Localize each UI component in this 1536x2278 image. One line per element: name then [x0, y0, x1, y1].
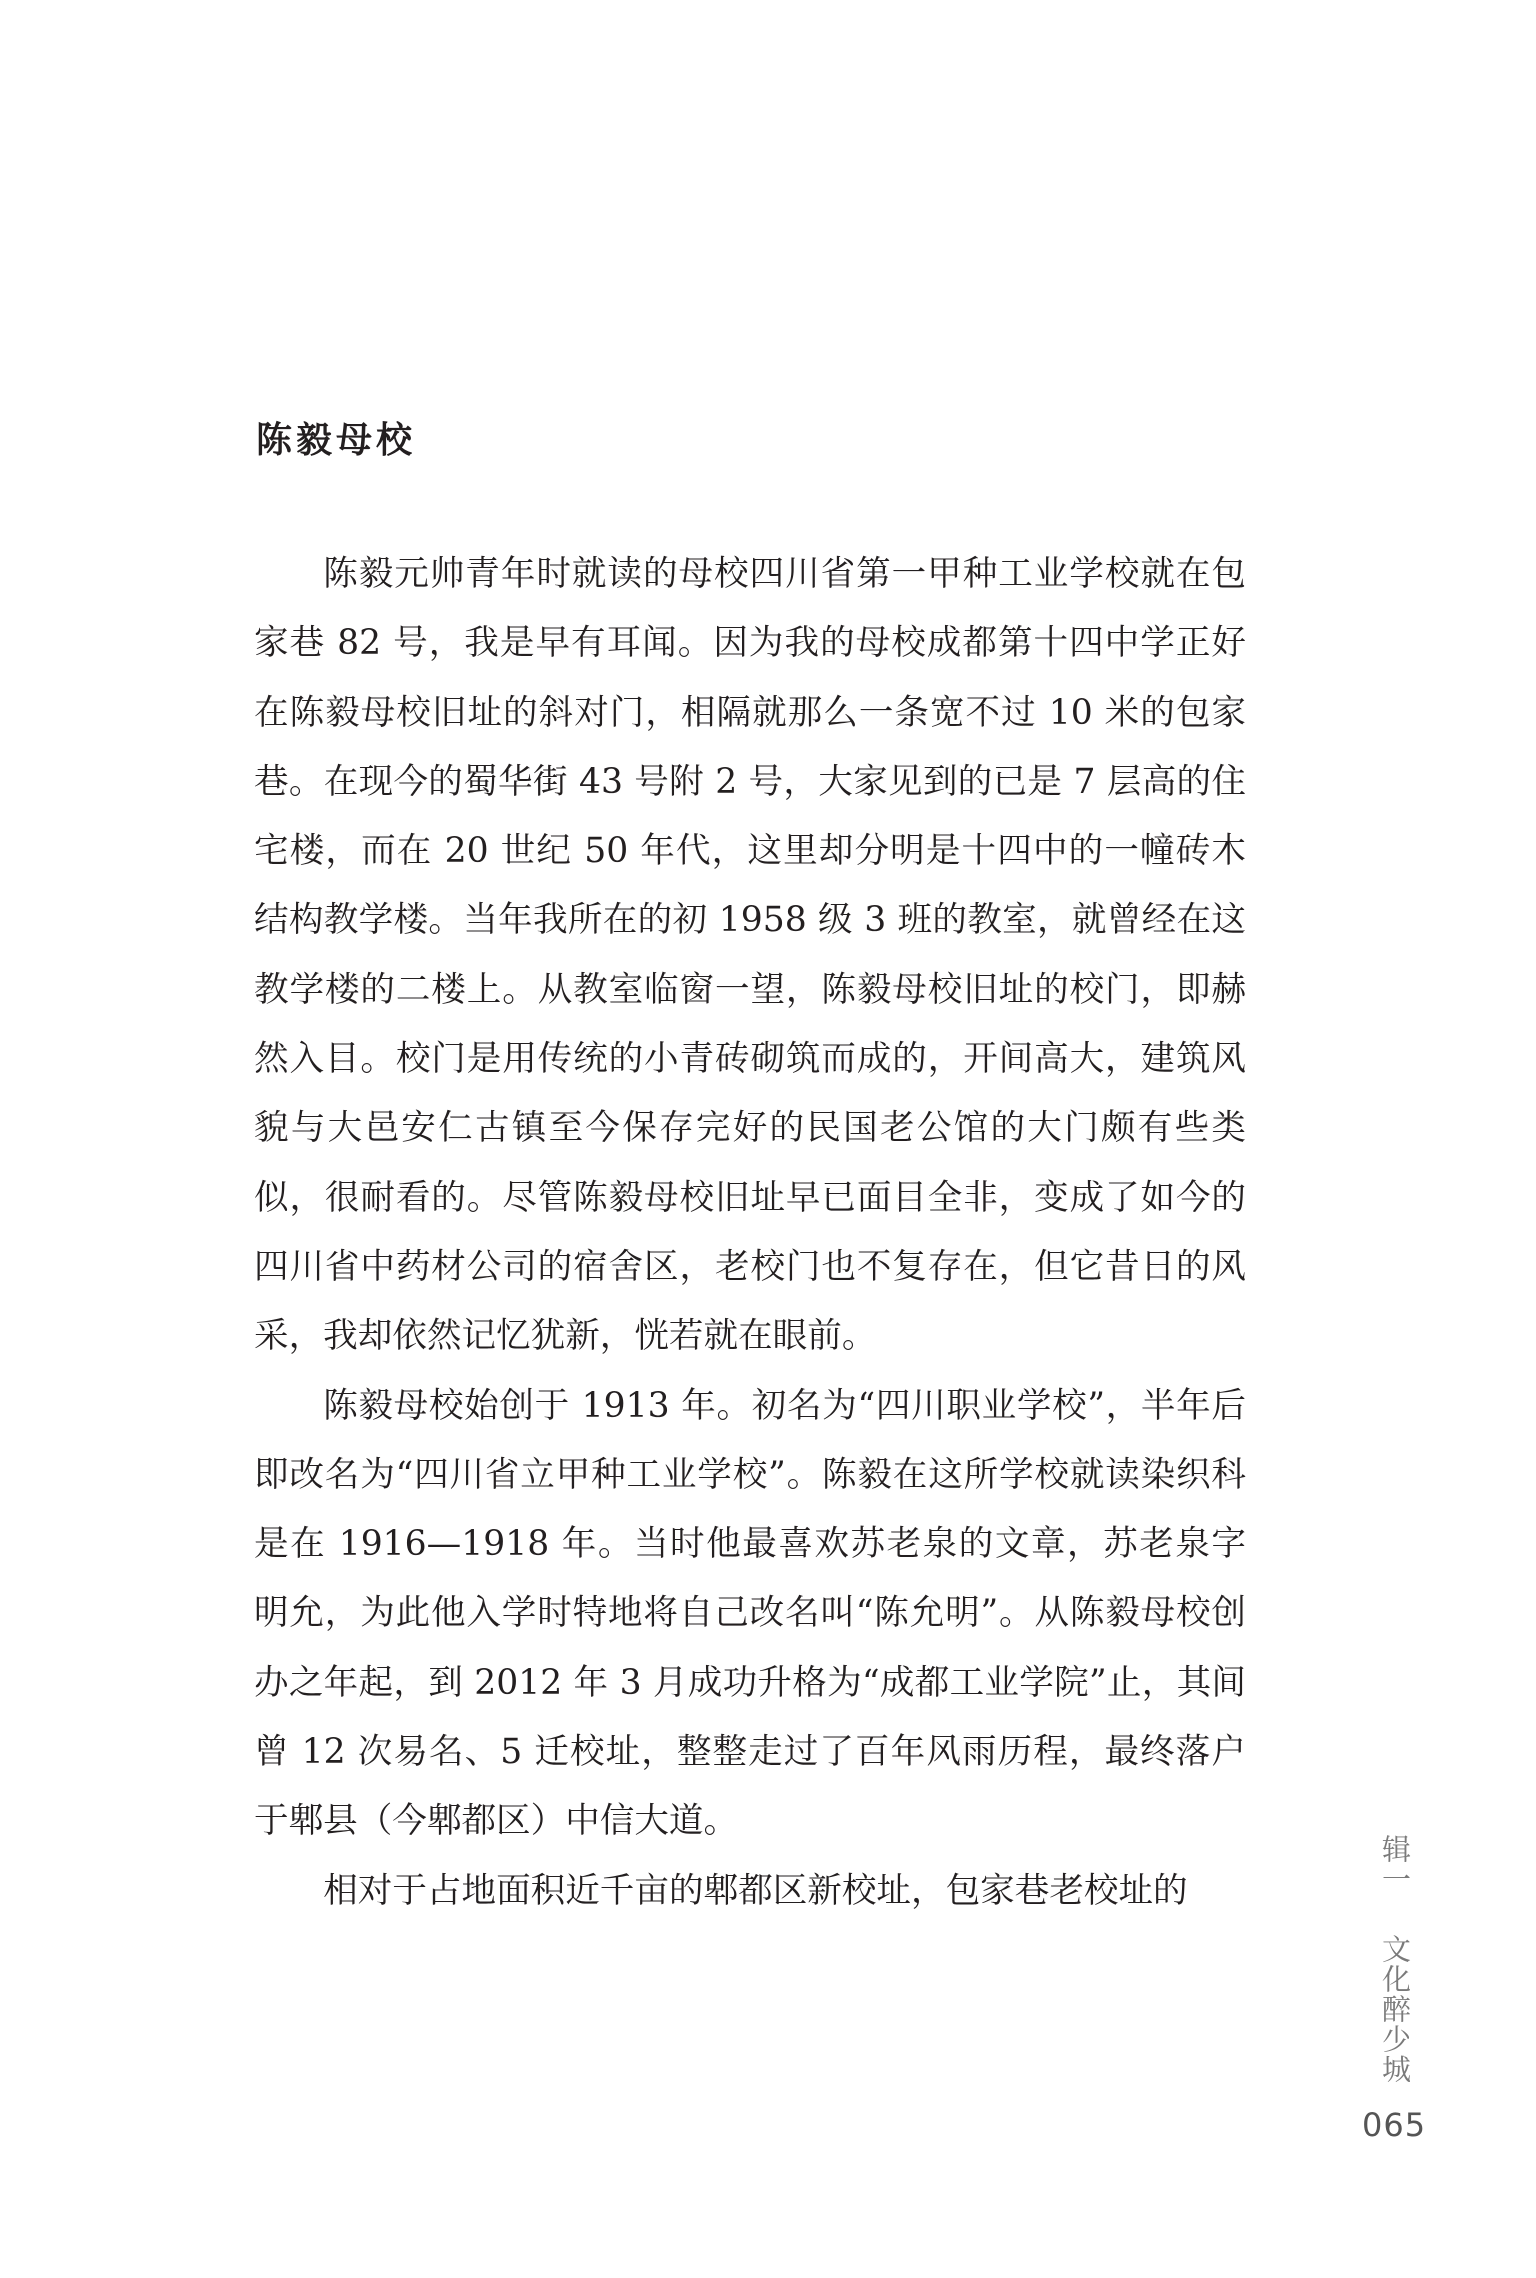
- section-title: 陈毅母校: [256, 418, 416, 462]
- page-number: 065: [1362, 2106, 1426, 2144]
- body-text: 陈毅元帅青年时就读的母校四川省第一甲种工业学校就在包家巷 82 号，我是早有耳闻…: [254, 540, 1246, 1926]
- paragraph-2: 陈毅母校始创于 1913 年。初名为“四川职业学校”，半年后即改名为“四川省立甲…: [254, 1372, 1246, 1857]
- running-header-vertical: 辑一文化醉少城: [1376, 1834, 1416, 2084]
- paragraph-3: 相对于占地面积近千亩的郫都区新校址，包家巷老校址的: [254, 1857, 1246, 1926]
- part-label: 辑一: [1378, 1834, 1412, 1894]
- section-label: 文化醉少城: [1378, 1934, 1412, 2084]
- paragraph-1: 陈毅元帅青年时就读的母校四川省第一甲种工业学校就在包家巷 82 号，我是早有耳闻…: [254, 540, 1246, 1372]
